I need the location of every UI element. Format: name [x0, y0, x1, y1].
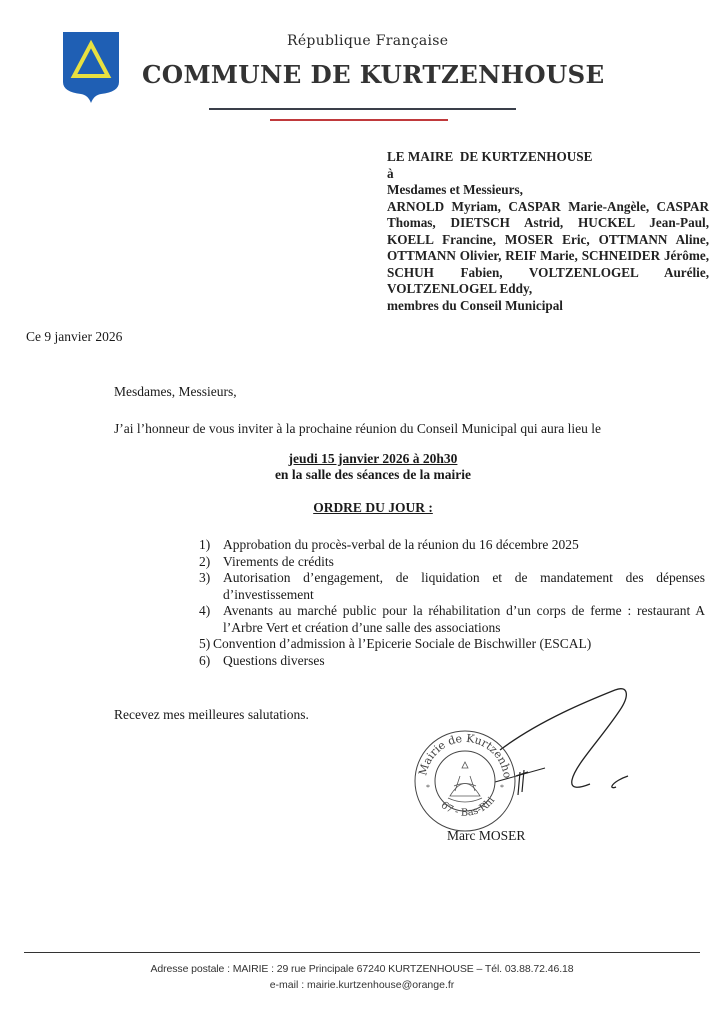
mairie-stamp-icon: Mairie de Kurtzenhouse 67 - Bas-Rhin * *	[410, 726, 520, 836]
footer-address: Adresse postale : MAIRIE : 29 rue Princi…	[0, 963, 724, 975]
meeting-date-line: jeudi 15 janvier 2026 à 20h30	[0, 451, 724, 467]
meeting-place: en la salle des séances de la mairie	[275, 467, 471, 482]
agenda-item: 5)Convention d’admission à l’Epicerie So…	[199, 636, 705, 653]
agenda-item-number: 3)	[199, 570, 223, 603]
to-word: à	[387, 166, 709, 183]
letter-greeting: Mesdames, Messieurs,	[114, 384, 237, 400]
agenda-item-text: Virements de crédits	[223, 554, 705, 571]
agenda-list: 1)Approbation du procès-verbal de la réu…	[199, 537, 705, 669]
agenda-item: 4)Avenants au marché public pour la réha…	[199, 603, 705, 636]
svg-text:*: *	[500, 783, 504, 792]
recipient-block: LE MAIRE DE KURTZENHOUSE à Mesdames et M…	[387, 149, 709, 314]
signer-name: Marc MOSER	[447, 828, 525, 844]
agenda-item-text: Questions diverses	[223, 653, 705, 670]
agenda-item-number: 1)	[199, 537, 223, 554]
republic-heading: République Française	[287, 33, 448, 49]
agenda-item-text: Convention d’admission à l’Epicerie Soci…	[213, 636, 705, 653]
agenda-item-number: 6)	[199, 653, 223, 670]
letter-closing: Recevez mes meilleures salutations.	[114, 707, 309, 723]
meeting-place-line: en la salle des séances de la mairie	[0, 467, 724, 483]
commune-crest-icon	[61, 30, 121, 104]
agenda-item-number: 2)	[199, 554, 223, 571]
svg-text:*: *	[426, 783, 430, 792]
agenda-item-text: Approbation du procès-verbal de la réuni…	[223, 537, 705, 554]
footer-rule	[24, 952, 700, 953]
council-member-names: ARNOLD Myriam, CASPAR Marie-Angèle, CASP…	[387, 199, 709, 298]
svg-text:Mairie de Kurtzenhouse: Mairie de Kurtzenhouse	[410, 726, 514, 780]
commune-title: COMMUNE DE KURTZENHOUSE	[142, 60, 605, 89]
recipient-role: membres du Conseil Municipal	[387, 298, 709, 315]
header-rule-red	[270, 119, 448, 121]
footer-email[interactable]: e-mail : mairie.kurtzenhouse@orange.fr	[0, 979, 724, 991]
letter-date: Ce 9 janvier 2026	[26, 329, 122, 345]
header-rule-dark	[209, 108, 516, 110]
agenda-item-text: Avenants au marché public pour la réhabi…	[223, 603, 705, 636]
agenda-item: 6)Questions diverses	[199, 653, 705, 670]
agenda-item: 2)Virements de crédits	[199, 554, 705, 571]
agenda-title-line: ORDRE DU JOUR :	[0, 500, 724, 516]
agenda-item-text: Autorisation d’engagement, de liquidatio…	[223, 570, 705, 603]
meeting-date: jeudi 15 janvier 2026 à 20h30	[289, 451, 458, 466]
sender-line: LE MAIRE DE KURTZENHOUSE	[387, 149, 709, 166]
agenda-item: 3)Autorisation d’engagement, de liquidat…	[199, 570, 705, 603]
letter-intro: J’ai l’honneur de vous inviter à la proc…	[114, 421, 601, 437]
recipient-salutation: Mesdames et Messieurs,	[387, 182, 709, 199]
agenda-title: ORDRE DU JOUR :	[313, 500, 433, 515]
agenda-item: 1)Approbation du procès-verbal de la réu…	[199, 537, 705, 554]
agenda-item-number: 4)	[199, 603, 223, 636]
